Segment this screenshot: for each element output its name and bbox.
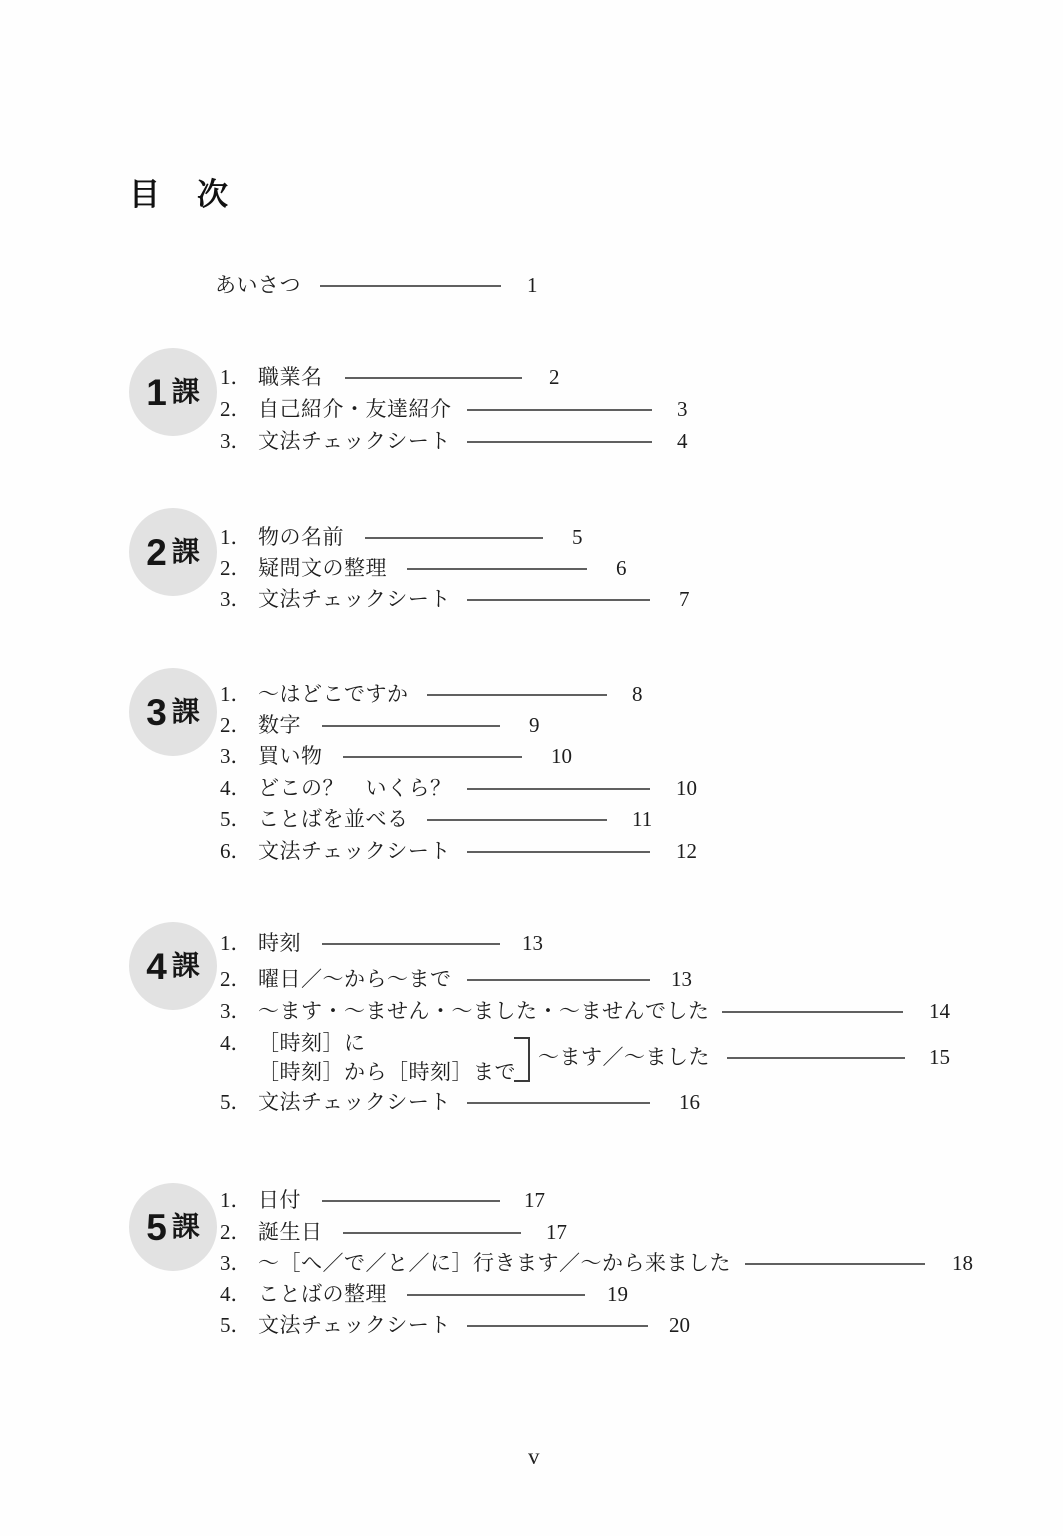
leader-line	[427, 694, 607, 696]
toc-entry-page: 3	[677, 394, 688, 424]
badge-number: 5	[146, 1209, 167, 1246]
toc-entry-title: ～［へ／で／と／に］行きます／～から来ました	[258, 1248, 731, 1278]
toc-entry-title: 文法チェックシート	[258, 836, 451, 866]
toc-entry-number: 1．	[220, 679, 252, 709]
badge-number: 4	[146, 948, 167, 985]
toc-entry-page: 14	[929, 996, 950, 1026]
leader-line	[467, 851, 650, 853]
toc-entry-title: 曜日／～から～まで	[258, 964, 452, 994]
badge-suffix: 課	[172, 698, 200, 726]
toc-entry-number: 1．	[220, 522, 252, 552]
toc-entry-title: 文法チェックシート	[258, 1310, 451, 1340]
leader-line	[343, 1232, 521, 1234]
lesson-badge-3: 3 課	[129, 668, 217, 756]
toc-entry-title: 物の名前	[258, 522, 344, 552]
toc-entry-page: 7	[679, 584, 690, 614]
toc-entry-number: 2．	[220, 710, 252, 740]
toc-entry-page: 15	[929, 1042, 950, 1072]
group-bracket	[514, 1037, 530, 1082]
toc-entry-number: 1．	[220, 362, 252, 392]
toc-entry-page: 19	[607, 1279, 628, 1309]
leader-line	[467, 1102, 650, 1104]
toc-entry-title: 時刻	[258, 928, 301, 958]
toc-entry-title: 文法チェックシート	[258, 584, 451, 614]
page-title: 目次	[129, 169, 265, 214]
badge-suffix: 課	[172, 538, 200, 566]
leader-line	[467, 599, 650, 601]
lesson-badge-5: 5 課	[129, 1183, 217, 1271]
page-footer: v	[528, 1444, 540, 1470]
toc-entry-page: 17	[546, 1217, 567, 1247]
leader-line	[467, 441, 652, 443]
toc-entry-page: 10	[676, 773, 697, 803]
toc-entry-title: ～はどこですか	[258, 679, 409, 709]
toc-entry-title: ［時刻］から［時刻］まで	[258, 1057, 516, 1087]
badge-number: 1	[146, 374, 167, 411]
toc-entry-title: 疑問文の整理	[258, 553, 387, 583]
toc-entry-number: 5．	[220, 1310, 252, 1340]
lesson-badge-4: 4 課	[129, 922, 217, 1010]
toc-entry-page: 8	[632, 679, 643, 709]
toc-entry-number: 2．	[220, 1217, 252, 1247]
toc-entry-title: 文法チェックシート	[258, 426, 451, 456]
toc-entry-number: 5．	[220, 804, 252, 834]
toc-entry-page: 10	[551, 741, 572, 771]
toc-entry-page: 12	[676, 836, 697, 866]
toc-entry-title: 買い物	[258, 741, 323, 771]
leader-line	[320, 285, 501, 287]
toc-entry-title: ことばの整理	[258, 1279, 387, 1309]
leader-line	[467, 1325, 648, 1327]
toc-entry-number: 2．	[220, 394, 252, 424]
toc-entry-number: 5．	[220, 1087, 252, 1117]
toc-entry-title: ［時刻］に	[258, 1028, 366, 1058]
leader-line	[345, 377, 522, 379]
toc-entry-title: どこの？ いくら？	[258, 773, 452, 803]
leader-line	[467, 788, 650, 790]
toc-entry-page: 4	[677, 426, 688, 456]
toc-entry-number: 3．	[220, 584, 252, 614]
leader-line	[727, 1057, 905, 1059]
toc-entry-title: 数字	[258, 710, 301, 740]
toc-entry-page: 20	[669, 1310, 690, 1340]
toc-entry-page: 13	[671, 964, 692, 994]
badge-suffix: 課	[172, 1213, 200, 1241]
toc-entry-page: 9	[529, 710, 540, 740]
toc-entry-title: あいさつ	[215, 270, 301, 300]
toc-entry-page: 13	[522, 928, 543, 958]
badge-number: 3	[146, 694, 167, 731]
toc-entry-page: 18	[952, 1248, 973, 1278]
toc-entry-number: 3．	[220, 741, 252, 771]
toc-entry-page: 16	[679, 1087, 700, 1117]
lesson-badge-1: 1 課	[129, 348, 217, 436]
leader-line	[343, 756, 522, 758]
toc-entry-page: 2	[549, 362, 560, 392]
toc-entry-page: 6	[616, 553, 627, 583]
leader-line	[467, 409, 652, 411]
badge-suffix: 課	[172, 378, 200, 406]
toc-entry-number: 2．	[220, 964, 252, 994]
toc-entry-title: 職業名	[258, 362, 323, 392]
leader-line	[427, 819, 607, 821]
toc-entry-number: 2．	[220, 553, 252, 583]
toc-entry-title: 文法チェックシート	[258, 1087, 451, 1117]
toc-entry-number: 6．	[220, 836, 252, 866]
toc-entry-number: 3．	[220, 996, 252, 1026]
toc-entry-page: 17	[524, 1185, 545, 1215]
toc-entry-number: 4．	[220, 773, 252, 803]
toc-entry-page: 5	[572, 522, 583, 552]
lesson-badge-2: 2 課	[129, 508, 217, 596]
leader-line	[322, 1200, 500, 1202]
badge-suffix: 課	[172, 952, 200, 980]
leader-line	[322, 943, 500, 945]
toc-entry-page: 11	[632, 804, 652, 834]
group-text: ～ます／～ました	[538, 1042, 710, 1072]
toc-entry-title: 誕生日	[258, 1217, 323, 1247]
toc-entry-title: 日付	[258, 1185, 301, 1215]
toc-entry-number: 1．	[220, 928, 252, 958]
badge-number: 2	[146, 534, 167, 571]
toc-entry-number: 3．	[220, 1248, 252, 1278]
toc-page: 目次 1 課 2 課 3 課 4 課 5 課 v あいさつ11．職業名22．自己…	[0, 0, 1063, 1536]
toc-entry-page: 1	[527, 270, 538, 300]
leader-line	[407, 1294, 585, 1296]
leader-line	[365, 537, 543, 539]
toc-entry-title: ～ます・～ません・～ました・～ませんでした	[258, 996, 710, 1026]
leader-line	[722, 1011, 903, 1013]
toc-entry-number: 1．	[220, 1185, 252, 1215]
toc-entry-number: 3．	[220, 426, 252, 456]
toc-entry-number: 4．	[220, 1279, 252, 1309]
leader-line	[745, 1263, 925, 1265]
toc-entry-number: 4．	[220, 1028, 252, 1058]
leader-line	[322, 725, 500, 727]
leader-line	[467, 979, 650, 981]
toc-entry-title: ことばを並べる	[258, 804, 409, 834]
leader-line	[407, 568, 587, 570]
toc-entry-title: 自己紹介・友達紹介	[258, 394, 452, 424]
